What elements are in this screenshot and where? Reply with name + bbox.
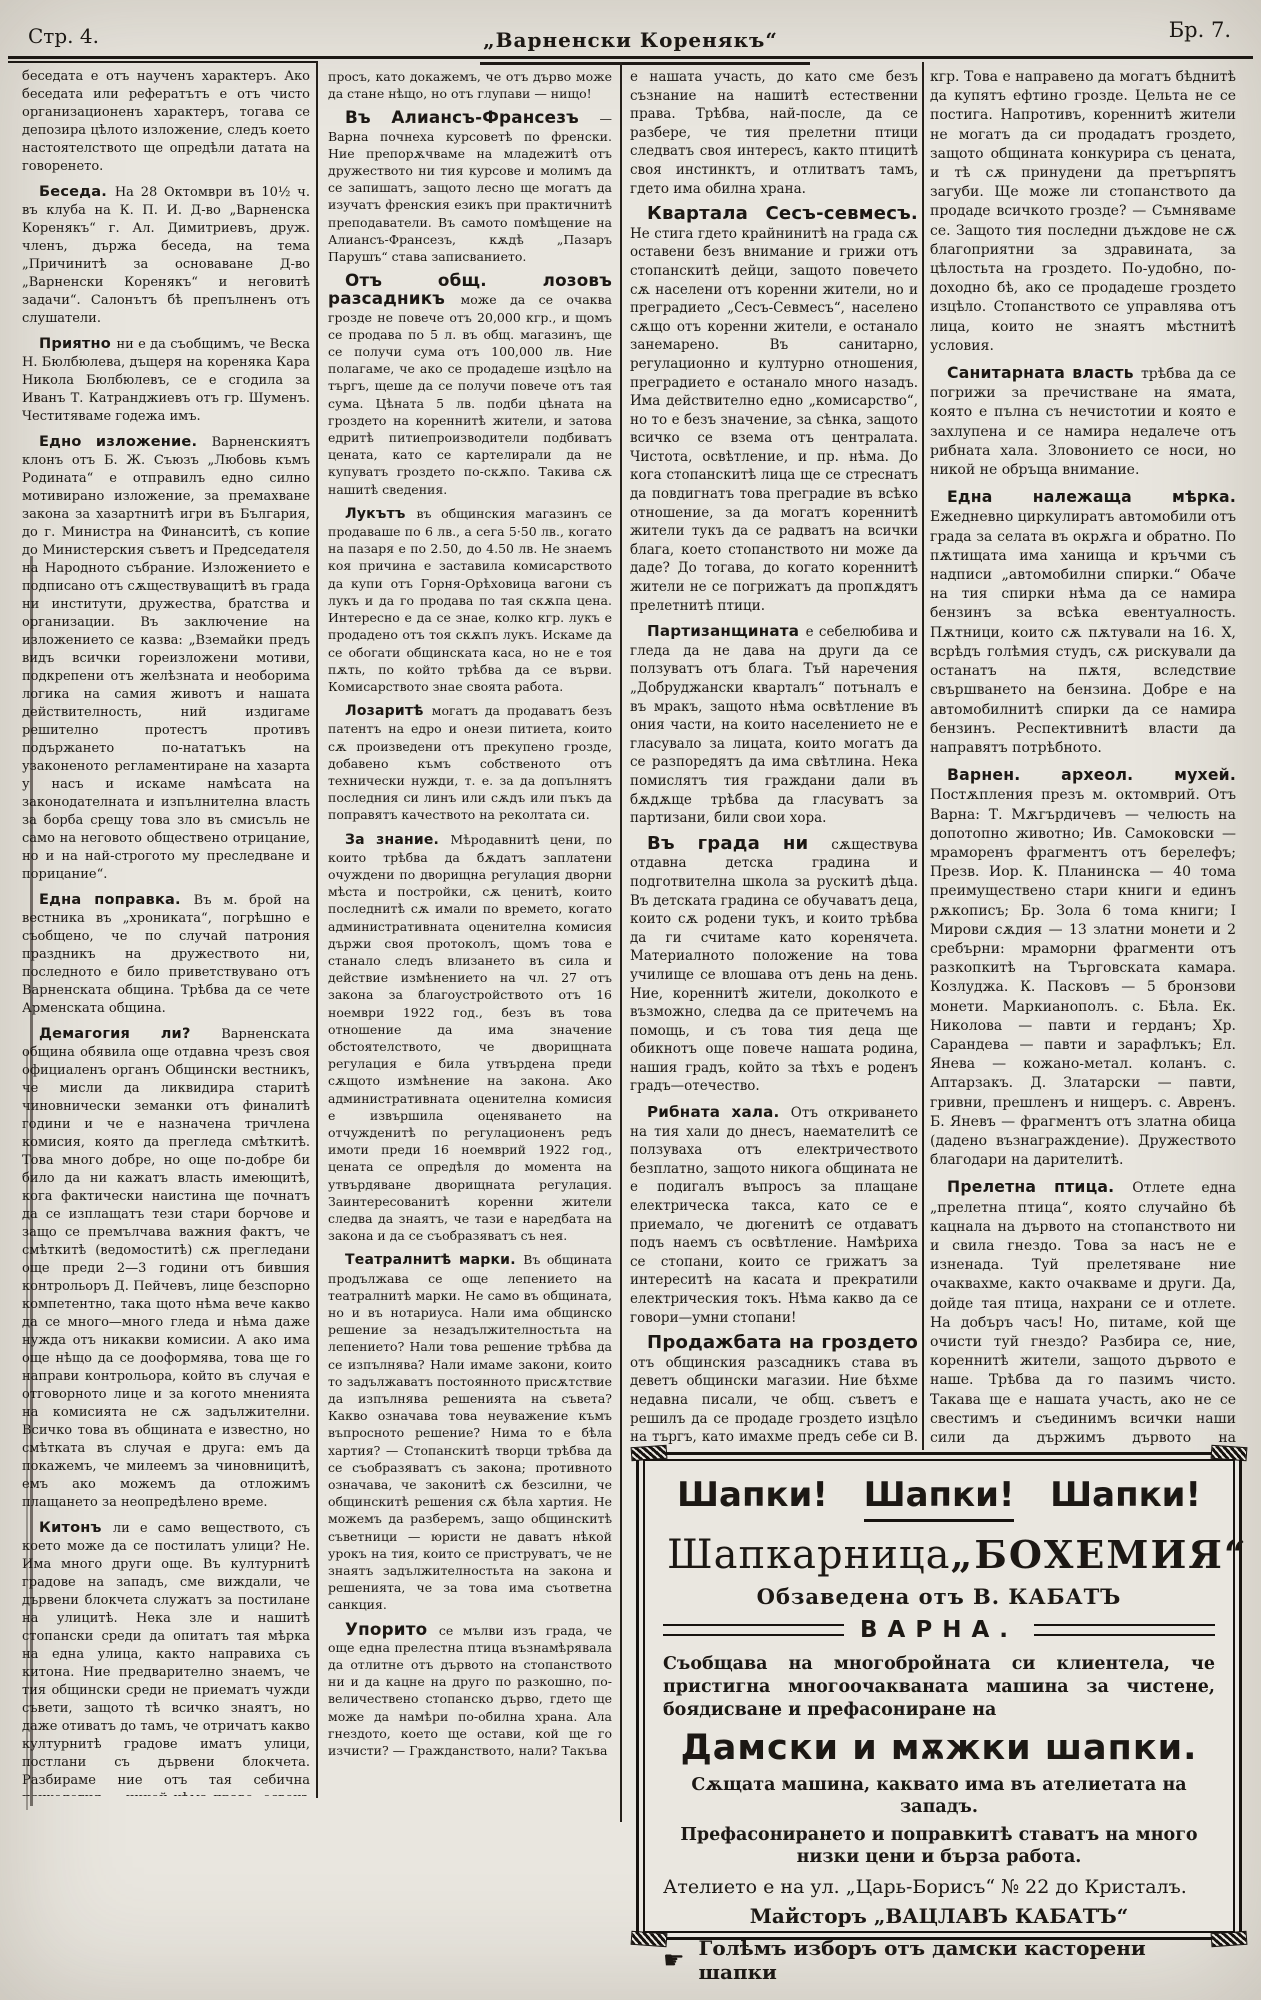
article-paragraph: Една поправка. Въ м. брой на вестника въ… [22,891,310,1018]
masthead: Стр. 4. „Варненски Коренякъ“ Бр. 7. [0,16,1261,60]
article-paragraph: Лозаритѣ могатъ да продаватъ безъ патент… [328,702,612,823]
article-paragraph: Квартала Сесъ-севмесъ. Не стига гдето кр… [630,205,918,615]
article-run-in-heading: Въ Алиансъ-Франсезъ [345,107,600,127]
article-paragraph: Въ града ни сѫществува отдавна детска гр… [630,835,918,1096]
column-divider [620,62,622,1822]
ad-shop-name: „БОХЕМИЯ“ [951,1532,1248,1577]
article-run-in-heading: Рибната хала. [647,1103,791,1121]
text-column-1: беседата е отъ наученъ характеръ. Ако бе… [22,68,310,1796]
article-paragraph: беседата е отъ наученъ характеръ. Ако бе… [22,68,310,176]
article-run-in-heading: Беседа. [39,183,115,200]
article-run-in-heading: Театралнитѣ марки. [345,1252,523,1268]
article-paragraph: За знание. Мѣродавнитѣ цени, по които тр… [328,831,612,1245]
ad-product-line: Дамски и мѫжки шапки. [663,1728,1215,1768]
ad-city-line: ВАРНА. [663,1617,1215,1643]
ad-shop-line: Шапкарница „БОХЕМИЯ“ [663,1532,1215,1578]
article-paragraph: Театралнитѣ марки. Въ общината продължав… [328,1251,612,1613]
article-paragraph: Рибната хала. Отъ откриването на тия хал… [630,1103,918,1327]
article-paragraph: просъ, като докажемъ, че отъ дърво може … [328,68,612,102]
article-run-in-heading: Квартала Сесъ-севмесъ. [647,203,918,224]
article-run-in-heading: Китонъ [39,1519,113,1536]
article-run-in-heading: Лукътъ [345,506,416,522]
article-paragraph: Лукътъ въ общинския магазинъ се продаваш… [328,505,612,695]
article-run-in-heading: Варнен. археол. мухей. [947,765,1236,784]
article-run-in-heading: Приятно [39,335,116,352]
header-rule [8,56,1253,59]
article-run-in-heading: Продажбата на гроздето [647,1332,918,1353]
text-column-3: е нашата участь, до като сме безъ съзнан… [630,68,918,1446]
article-paragraph: е нашата участь, до като сме безъ съзнан… [630,68,918,198]
article-paragraph: Една належаща мѣрка. Ежедневно циркулира… [930,487,1236,758]
article-paragraph: Прелетна птица. Отлете една „прелетна пт… [930,1177,1236,1446]
ad-footer-text: Голѣмъ изборъ отъ дамски касторени шапки [699,1936,1215,1984]
article-run-in-heading: Една поправка. [39,891,194,908]
rule-ornament [1034,1624,1215,1636]
ad-footer-line: ☛ Голѣмъ изборъ отъ дамски касторени шап… [663,1936,1215,1984]
article-paragraph: Отъ общ. лозовъ разсадникъ може да се оч… [328,272,612,498]
article-paragraph: кгр. Това е направено да могатъ бѣднитѣ … [930,68,1236,356]
ad-headline-word: Шапки! [677,1475,828,1522]
ad-headline-word: Шапки! [864,1475,1015,1522]
article-run-in-heading: Отъ общ. лозовъ разсадникъ [328,270,612,308]
newspaper-page: Стр. 4. „Варненски Коренякъ“ Бр. 7. бесе… [0,0,1261,2000]
ad-announcement: Съобщава на многобройната си клиентела, … [663,1653,1215,1722]
article-run-in-heading: Въ града ни [647,833,831,854]
article-run-in-heading: Санитарната власть [947,363,1141,382]
article-paragraph: Варнен. археол. мухей. Постѫпления презъ… [930,765,1236,1170]
ad-box-bohemia: Шапки! Шапки! Шапки! Шапкарница „БОХЕМИЯ… [636,1452,1242,1940]
article-paragraph: Въ Алиансъ-Франсезъ — Варна почнеха курс… [328,109,612,265]
text-column-4: кгр. Това е направено да могатъ бѣднитѣ … [930,68,1236,1446]
column-divider [922,62,924,1450]
ad-headline: Шапки! Шапки! Шапки! [663,1475,1215,1522]
newspaper-title: „Варненски Коренякъ“ [0,28,1261,52]
ad-content: Шапки! Шапки! Шапки! Шапкарница „БОХЕМИЯ… [643,1459,1235,1933]
article-run-in-heading: Партизанщината [647,622,806,640]
article-paragraph: Продажбата на гроздето отъ общинския раз… [630,1334,918,1446]
ad-address: Ателието е на ул. „Царь-Борисъ“ № 22 до … [663,1876,1215,1898]
article-run-in-heading: Едно изложение. [39,433,212,450]
ad-note: Сѫщата машина, каквато има въ ателиетата… [663,1774,1215,1818]
article-paragraph: Китонъ ли е само веществото, съ което мо… [22,1519,310,1796]
article-paragraph: Партизанщината е себелюбива и гледа да н… [630,622,918,828]
article-run-in-heading: Една належаща мѣрка. [947,487,1236,506]
pointing-hand-icon: ☛ [663,1950,685,1970]
article-paragraph: Упорито се мълви изъ града, че още една … [328,1621,612,1760]
text-column-2: просъ, като докажемъ, че отъ дърво може … [328,68,612,1820]
column-divider [316,62,318,1798]
ad-corner-ornament [1211,1931,1248,1947]
rule-ornament [663,1624,844,1636]
ad-city: ВАРНА. [860,1617,1018,1643]
article-run-in-heading: За знание. [345,832,450,848]
article-paragraph: Санитарната власть трѣбва да се погрижи … [930,363,1236,480]
ad-equipped-line: Обзаведена отъ В. КАБАТЪ [663,1584,1215,1609]
scan-artifact [26,1050,28,1810]
article-run-in-heading: Прелетна птица. [947,1177,1132,1196]
article-paragraph: Беседа. На 28 Октомври въ 10½ ч. въ клуб… [22,183,310,328]
ad-shop-label: Шапкарница [667,1532,951,1578]
ad-master-line: Майсторъ „ВАЦЛАВЪ КАБАТЪ“ [663,1904,1215,1928]
header-rule-segment [480,62,810,65]
scan-artifact [30,556,33,1806]
article-paragraph: Демагогия ли? Варненската община обявила… [22,1025,310,1512]
issue-number: Бр. 7. [1169,18,1231,42]
article-run-in-heading: Демагогия ли? [39,1025,221,1042]
ad-corner-ornament [631,1931,668,1947]
ad-headline-word: Шапки! [1050,1475,1201,1522]
article-paragraph: Приятно ни е да съобщимъ, че Веска Н. Бю… [22,335,310,426]
header-rule-segment [8,61,318,63]
ad-note: Префасонирането и поправкитѣ ставатъ на … [663,1824,1215,1868]
article-run-in-heading: Упорито [345,1619,439,1639]
article-paragraph: Едно изложение. Варненскиятъ клонъ отъ Б… [22,433,310,884]
article-run-in-heading: Лозаритѣ [345,703,432,719]
